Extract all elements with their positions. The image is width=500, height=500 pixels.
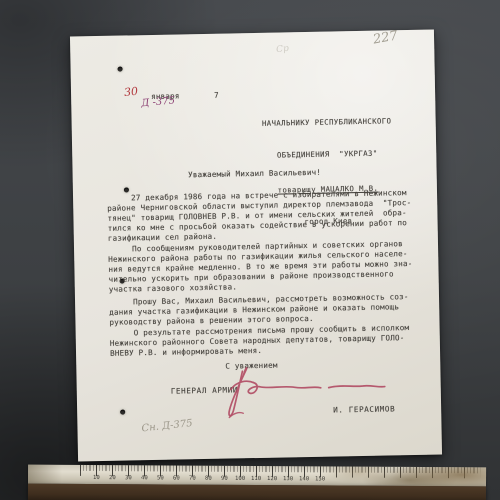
date-day-handwritten: 30 [123, 85, 138, 99]
punch-hole [124, 187, 129, 192]
letter-page: 227 Ср 30 января 7 Д -375 НАЧАЛЬНИКУ РЕС… [70, 30, 442, 462]
ruler-number: 100 [235, 476, 245, 482]
ruler-dark-edge [28, 484, 486, 500]
ruler-number: 30 [125, 475, 132, 481]
punch-hole [120, 410, 125, 415]
ruler-number: 90 [221, 476, 228, 482]
ruler-number: 120 [267, 476, 277, 482]
page-number-pencil: 227 [372, 28, 399, 47]
ruler-number: 70 [189, 476, 196, 482]
ruler-number: 140 [299, 476, 309, 482]
ruler-number: 80 [205, 476, 212, 482]
ruler-number: 60 [173, 475, 180, 481]
ruler-number: 20 [109, 475, 116, 481]
metal-ruler: 10 20 30 40 50 60 70 80 90 100 110 120 1… [28, 465, 486, 500]
faint-pencil-mark: Ср [276, 44, 290, 55]
ruler-number: 40 [141, 475, 148, 481]
doc-number-handwritten: Д -375 [141, 95, 176, 109]
ruler-number: 10 [93, 475, 100, 481]
rust-patina [316, 466, 486, 486]
ruler-number: 130 [283, 476, 293, 482]
ruler-number: 50 [157, 475, 164, 481]
recipient-line: ОБЪЕДИНЕНИЯ "УКРГАЗ" [244, 148, 410, 162]
signer-name: И. ГЕРАСИМОВ [333, 404, 395, 415]
ruler-number: 110 [251, 476, 261, 482]
ruler-left-smudge [28, 465, 62, 484]
date-extra-typed: 7 [214, 91, 219, 101]
punch-hole [118, 67, 123, 72]
recipient-line: НАЧАЛЬНИКУ РЕСПУБЛИКАНСКОГО [244, 116, 410, 130]
bottom-pencil-note: Сн. Д-375 [141, 418, 193, 434]
